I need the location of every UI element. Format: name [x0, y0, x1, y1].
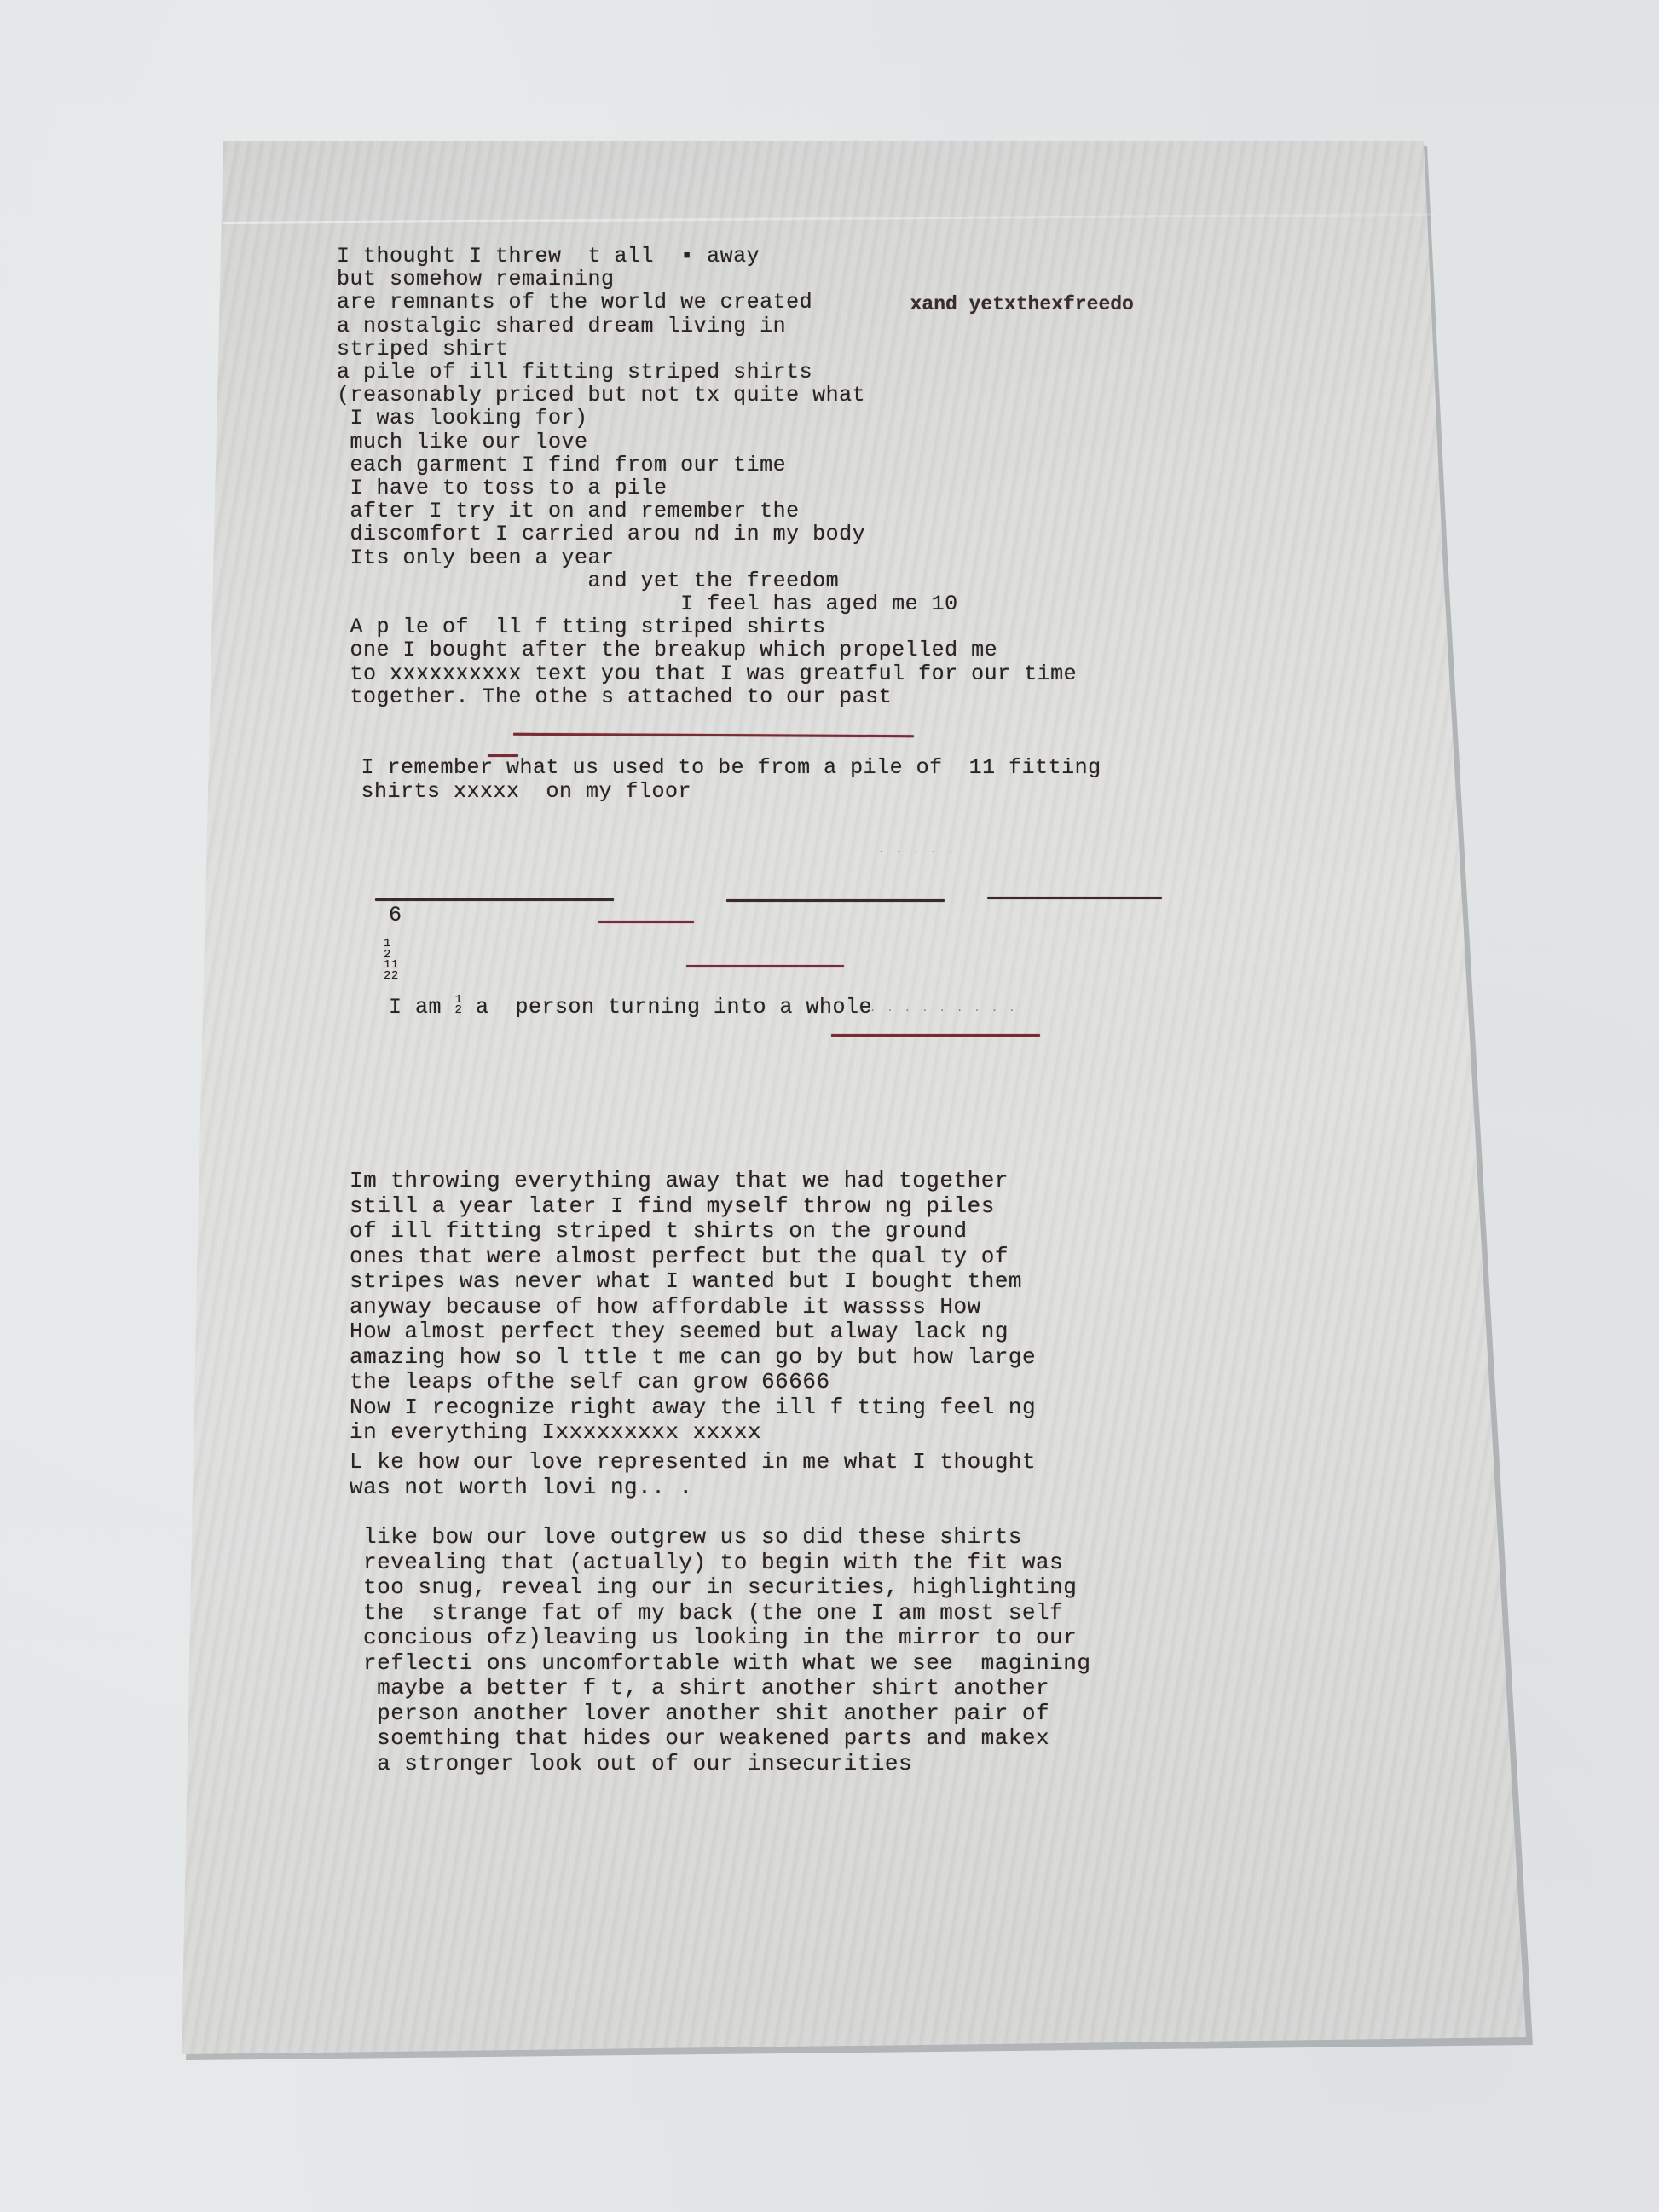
poem-line: in everything Ixxxxxxxxx xxxxx [350, 1421, 761, 1443]
blank-rule-1 [375, 898, 614, 901]
half-line-suffix: a person turning into a whole [462, 995, 872, 1019]
poem-line: shirts xxxxx on my floor [348, 781, 691, 802]
poem-line: revealing that (actually) to begin with … [363, 1551, 1063, 1574]
poem-line: a pile of ill fitting striped shirts [337, 361, 812, 383]
poem-line: a nostalgic shared dream living in [337, 315, 786, 337]
poem-line: was not worth lovi ng.. . [350, 1476, 693, 1499]
poem-line: are remnants of the world we created [337, 292, 812, 313]
poem-line: I feel has aged me 10 [337, 593, 958, 615]
poem-line: but somehow remaining [337, 269, 615, 290]
poem-line: together. The othe s attached to our pas… [337, 686, 892, 707]
poem-line: soemthing that hides our weakened parts … [363, 1727, 1049, 1749]
poem-line: striped shirt [337, 338, 509, 360]
poem-line: a stronger look out of our insecurities [363, 1753, 912, 1775]
red-rule-lower [831, 1034, 1040, 1037]
red-short-rule [598, 921, 694, 923]
poem-line: L ke how our love represented in me what… [350, 1451, 1036, 1473]
poem-line: one I bought after the breakup which pro… [337, 639, 997, 661]
poem-line: discomfort I carried arou nd in my body [337, 523, 865, 545]
poem-line: concious ofz)leaving us looking in the m… [363, 1626, 1077, 1649]
poem-line: much like our love [337, 431, 588, 453]
ink-specks-2: . . . . . . . . . [870, 1002, 1017, 1014]
ink-specks: . . . . . [878, 844, 957, 856]
paper-sheet [0, 0, 1659, 2212]
blank-rule-3 [987, 897, 1162, 899]
poem-line: I was looking for) [337, 407, 588, 429]
poem-line: A p le of ll f tting striped shirts [337, 616, 826, 638]
poem-line: Now I recognize right away the ill f tti… [350, 1396, 1036, 1418]
poem-line: of ill fitting striped t shirts on the g… [350, 1220, 968, 1242]
poem-line: maybe a better f t, a shirt another shir… [363, 1677, 1049, 1699]
poem-line: amazing how so l ttle t me can go by but… [350, 1346, 1036, 1368]
poem-line: too snug, reveal ing our in securities, … [363, 1576, 1077, 1598]
struck-margin-note: xand yetxthexfreedo [887, 271, 1134, 315]
poem-line: How almost perfect they seemed but alway… [350, 1320, 1009, 1343]
half-line-prefix: I am [389, 995, 455, 1019]
poem-line: the leaps ofthe self can grow 66666 [350, 1371, 830, 1393]
poem-line: Its only been a year [337, 547, 615, 569]
poem-line: ones that were almost perfect but the qu… [350, 1245, 1009, 1268]
poem-line: after I try it on and remember the [337, 500, 800, 522]
poem-line: I have to toss to a pile [337, 477, 668, 499]
blank-rule-2 [726, 899, 945, 902]
half-person-line: I am 12 a person turning into a whole [362, 970, 872, 1019]
poem-line: Im throwing everything away that we had … [350, 1170, 1009, 1192]
red-over-rule [686, 965, 844, 967]
poem-line: person another lover another shit anothe… [363, 1702, 1049, 1724]
margin-note-text: xand yetxthexfreedo [910, 293, 1134, 315]
poem-line: I thought I threw t all ▪ away [337, 245, 760, 267]
poem-line: reflecti ons uncomfortable with what we … [363, 1652, 1090, 1674]
poem-line: anyway because of how affordable it wass… [350, 1296, 981, 1318]
poem-line: and yet the freedom [337, 570, 839, 592]
poem-line: like bow our love outgrew us so did thes… [363, 1526, 1022, 1548]
poem-line: stripes was never what I wanted but I bo… [350, 1270, 1022, 1292]
poem-line: (reasonably priced but not tx quite what [337, 384, 865, 406]
poem-line: each garment I find from our time [337, 454, 786, 476]
fraction-half-1: 12 [384, 939, 391, 960]
poem-line: I remember what us used to be from a pil… [348, 757, 1101, 778]
poem-line: still a year later I find myself throw n… [350, 1195, 995, 1217]
fraction-half-inline: 12 [455, 995, 463, 1016]
poem-line: the strange fat of my back (the one I am… [363, 1602, 1063, 1624]
poem-line: to xxxxxxxxxx text you that I was greatf… [337, 663, 1077, 684]
